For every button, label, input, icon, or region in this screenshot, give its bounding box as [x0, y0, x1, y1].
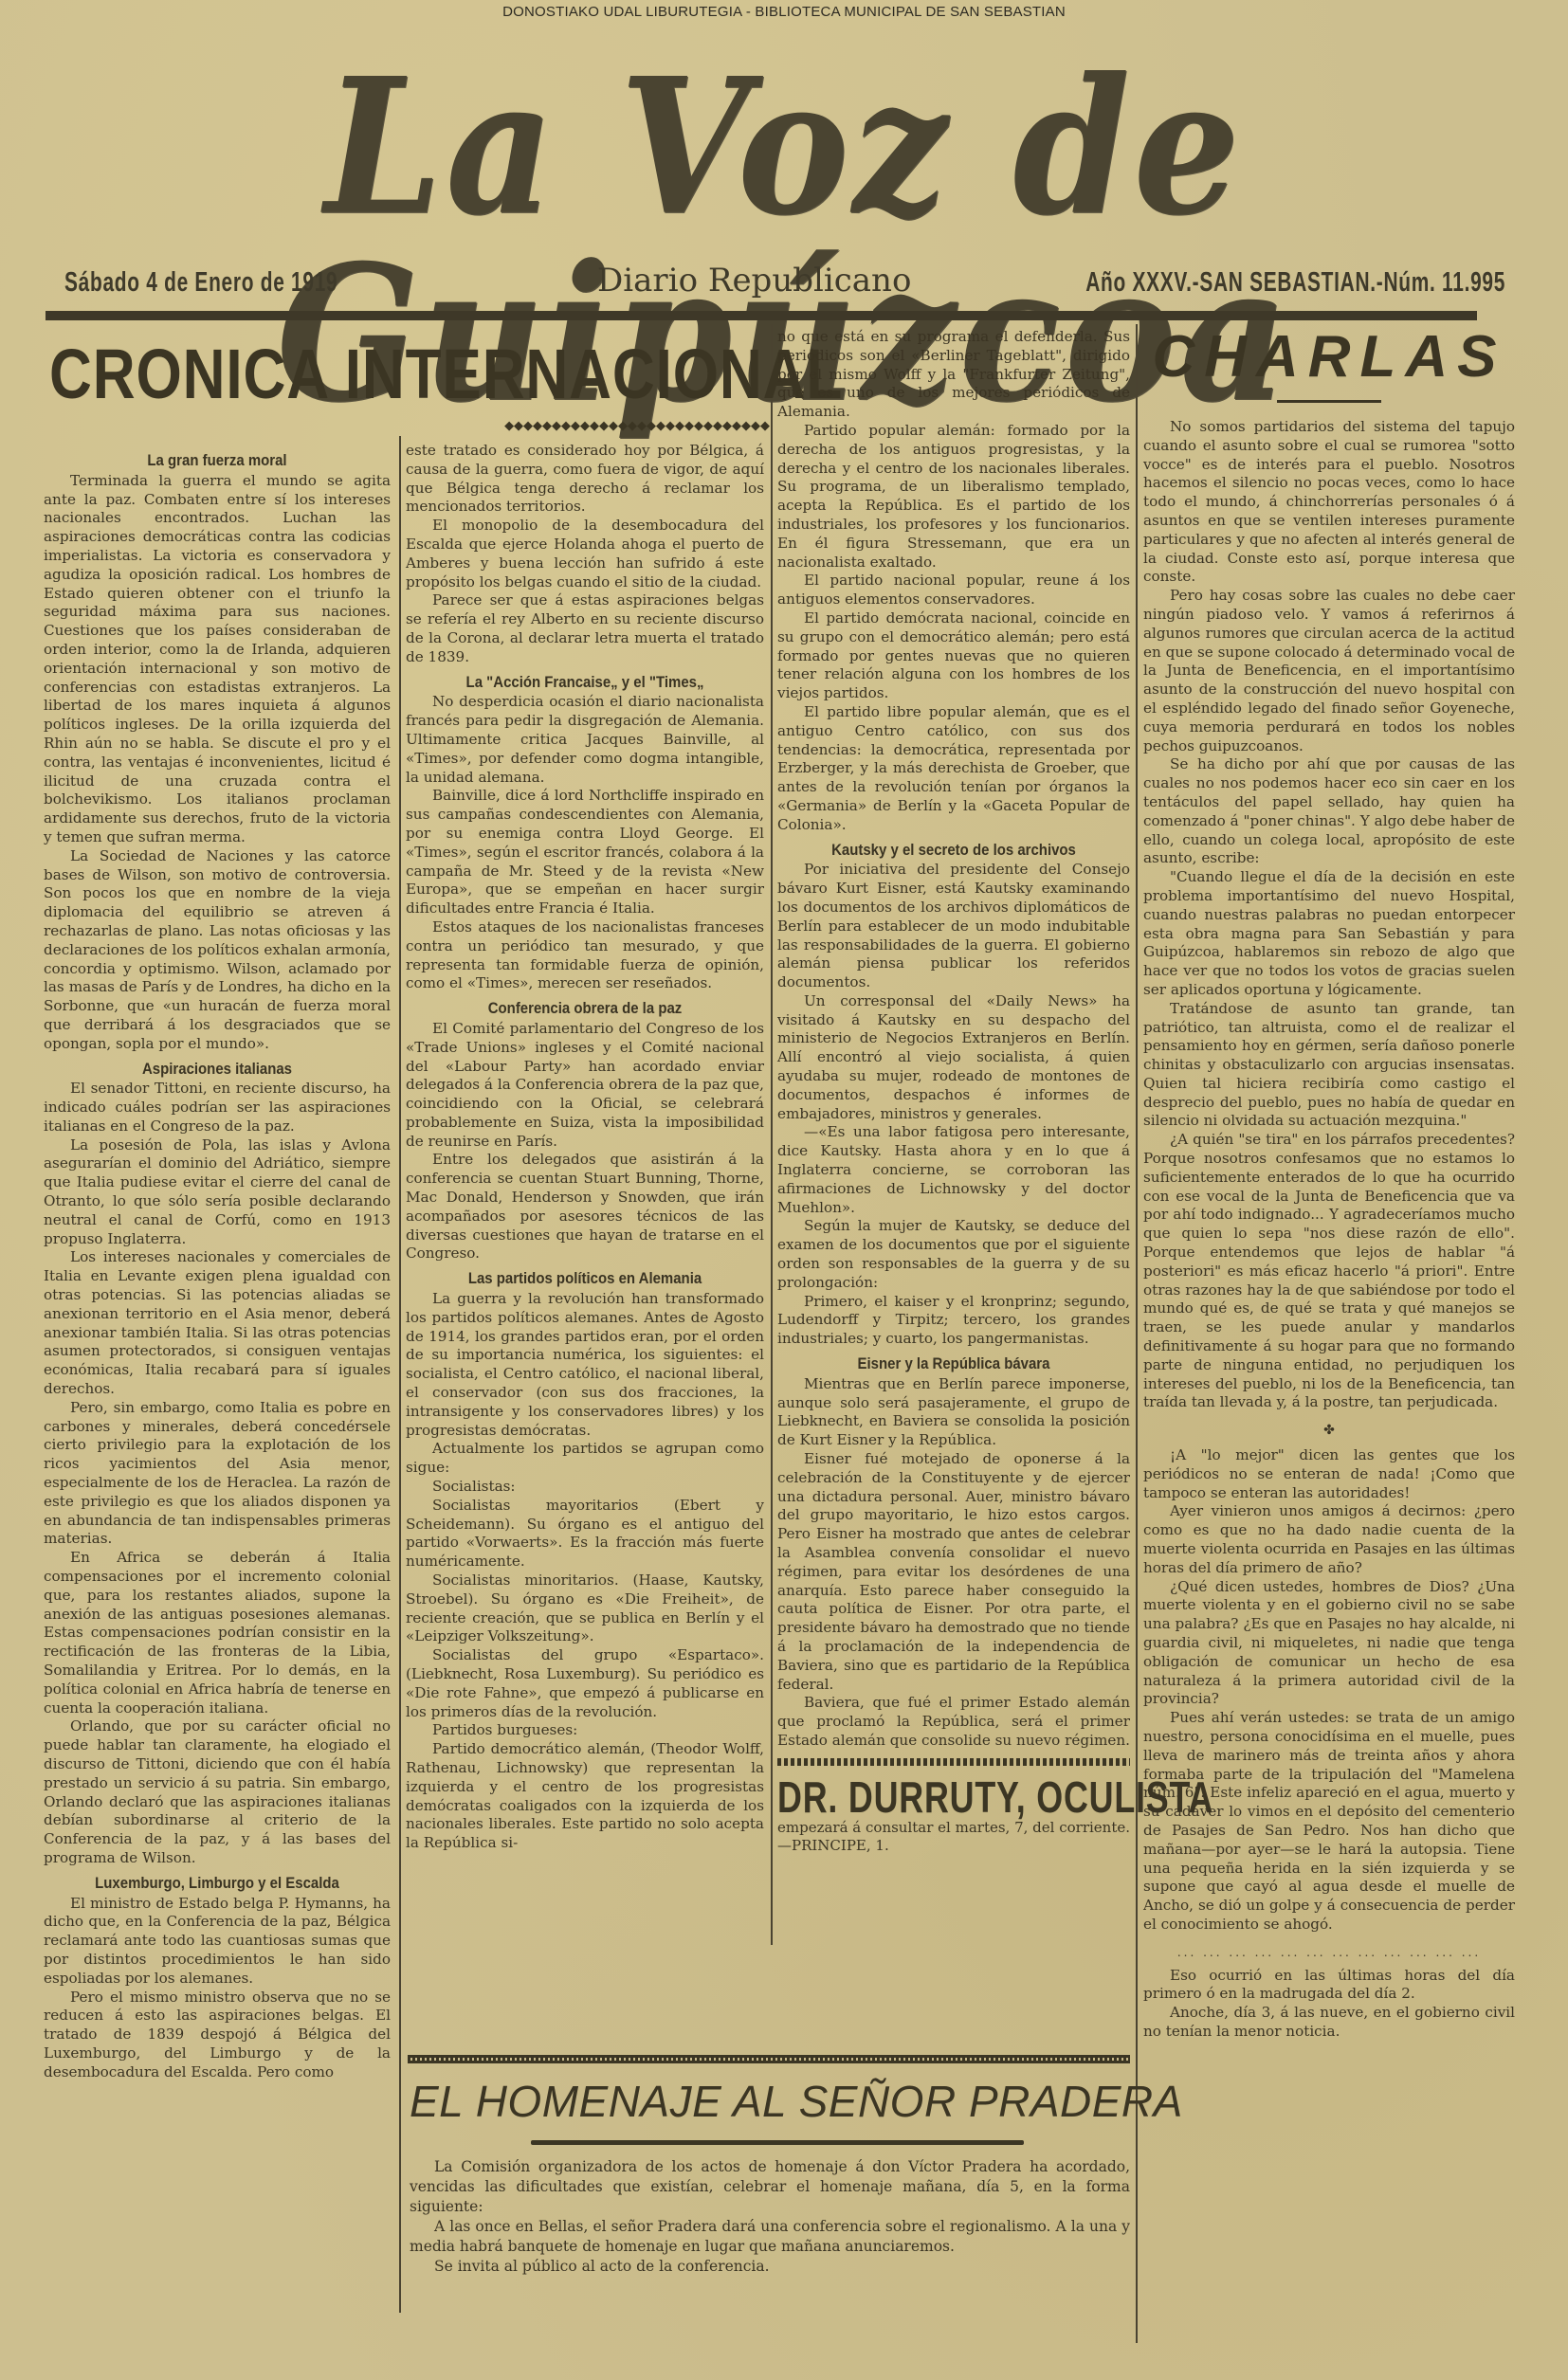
article-section: Conferencia obrera de la paz El Comité p…	[406, 999, 764, 1263]
archive-label: DONOSTIAKO UDAL LIBURUTEGIA - BIBLIOTECA…	[0, 4, 1568, 20]
paragraph: Por iniciativa del presidente del Consej…	[777, 861, 1130, 992]
paragraph: Partido democrático alemán, (Theodor Wol…	[406, 1740, 764, 1853]
section-heading: Las partidos políticos en Alemania	[428, 1269, 743, 1288]
article-section: este tratado es considerado hoy por Bélg…	[406, 442, 764, 667]
paragraph: Un corresponsal del «Daily News» ha visi…	[777, 992, 1130, 1124]
ornament-divider: ◆◆◆◆◆◆◆◆◆◆◆◆◆◆◆◆◆◆◆◆◆◆◆◆◆◆◆◆	[49, 419, 770, 433]
paragraph: ¡A "lo mejor" dicen las gentes que los p…	[1143, 1446, 1515, 1502]
paragraph: Socialistas minoritarios. (Haase, Kautsk…	[406, 1572, 764, 1646]
paragraph: El partido demócrata nacional, coincide …	[777, 609, 1130, 703]
paragraph: Partido popular alemán: formado por la d…	[777, 422, 1130, 572]
ad-title: DR. DURRUTY, OCULISTA	[777, 1775, 1052, 1819]
paragraph: Pues ahí verán ustedes: se trata de un a…	[1143, 1709, 1515, 1935]
paragraph: No somos partidarios del sistema del tap…	[1143, 418, 1515, 587]
cronica-title: CRONICA INTERNACIONAL	[49, 339, 654, 409]
paragraph: Anoche, día 3, á las nueve, en el gobier…	[1143, 2004, 1515, 2042]
paragraph: Estos ataques de los nacionalistas franc…	[406, 918, 764, 993]
paragraph: Partidos burgueses:	[406, 1721, 764, 1740]
section-heading: Aspiraciones italianas	[64, 1060, 370, 1079]
paragraph: Mientras que en Berlín parece imponerse,…	[777, 1375, 1130, 1450]
article-section: Luxemburgo, Limburgo y el Escalda El min…	[44, 1874, 391, 2082]
paragraph: Socialistas:	[406, 1478, 764, 1497]
paragraph: Ayer vinieron unos amigos á decirnos: ¿p…	[1143, 1502, 1515, 1577]
advertisement: DR. DURRUTY, OCULISTA empezará á consult…	[777, 1775, 1130, 1855]
section-heading: Eisner y la República bávara	[798, 1354, 1108, 1373]
paragraph: Actualmente los partidos se agrupan como…	[406, 1440, 764, 1478]
title-underline	[531, 2140, 1024, 2145]
paragraph: Pero el mismo ministro observa que no se…	[44, 1989, 391, 2082]
wavy-divider	[777, 1758, 1130, 1766]
article-section: Eisner y la República bávara Mientras qu…	[777, 1354, 1130, 1751]
paragraph: Parece ser que á estas aspiraciones belg…	[406, 591, 764, 666]
section-heading: Conferencia obrera de la paz	[428, 999, 743, 1018]
title-underline	[1277, 400, 1381, 403]
paragraph: Bainville, dice á lord Northcliffe inspi…	[406, 787, 764, 918]
ornament-separator: ✤	[1143, 1422, 1515, 1441]
column-4-charlas: CHARLAS No somos partidarios del sistema…	[1143, 328, 1515, 2042]
paragraph: Se ha dicho por ahí que por causas de la…	[1143, 755, 1515, 868]
dotted-separator: ... ... ... ... ... ... ... ... ... ... …	[1143, 1944, 1515, 1963]
paragraph: ¿Qué dicen ustedes, hombres de Dios? ¿Un…	[1143, 1578, 1515, 1710]
paragraph: Pero, sin embargo, como Italia es pobre …	[44, 1399, 391, 1549]
paragraph: no que está en su programa el defenderla…	[777, 328, 1130, 422]
paragraph: La Comisión organizadora de los actos de…	[410, 2157, 1130, 2217]
paragraph: este tratado es considerado hoy por Bélg…	[406, 442, 764, 517]
cronica-header: CRONICA INTERNACIONAL ◆◆◆◆◆◆◆◆◆◆◆◆◆◆◆◆◆◆…	[49, 339, 770, 445]
article-section: Las partidos políticos en Alemania La gu…	[406, 1269, 764, 1853]
paragraph: Los intereses nacionales y comerciales d…	[44, 1248, 391, 1398]
paragraph: Eso ocurrió en las últimas horas del día…	[1143, 1967, 1515, 2005]
column-divider	[1136, 324, 1138, 2343]
paragraph: Pero hay cosas sobre las cuales no debe …	[1143, 587, 1515, 755]
paragraph: Primero, el kaiser y el kronprinz; segun…	[777, 1293, 1130, 1349]
paragraph: El ministro de Estado belga P. Hymanns, …	[44, 1895, 391, 1989]
paragraph: Se invita al público al acto de la confe…	[410, 2257, 1130, 2277]
paragraph: La Sociedad de Naciones y las catorce ba…	[44, 847, 391, 1054]
paragraph: Orlando, que por su carácter oficial no …	[44, 1717, 391, 1867]
paragraph: El partido nacional popular, reune á los…	[777, 572, 1130, 609]
column-2: este tratado es considerado hoy por Bélg…	[406, 442, 764, 1853]
homenaje-body: La Comisión organizadora de los actos de…	[410, 2157, 1130, 2277]
dateline: Sábado 4 de Enero de 1919 Diario Republi…	[64, 262, 1505, 300]
paragraph: Eisner fué motejado de oponerse á la cel…	[777, 1450, 1130, 1694]
paragraph: La guerra y la revolución han transforma…	[406, 1290, 764, 1440]
section-heading: La "Acción Francaise„ y el "Times„	[428, 673, 743, 692]
article-section: La gran fuerza moral Terminada la guerra…	[44, 451, 391, 1054]
paragraph: "Cuando llegue el día de la decisión en …	[1143, 868, 1515, 1000]
paragraph: El senador Tittoni, en reciente discurso…	[44, 1080, 391, 1135]
paragraph: Socialistas del grupo «Espartaco». (Lieb…	[406, 1646, 764, 1721]
paragraph: Socialistas mayoritarios (Ebert y Scheid…	[406, 1497, 764, 1572]
masthead-rule	[46, 311, 1477, 320]
paragraph: Entre los delegados que asistirán á la c…	[406, 1151, 764, 1263]
paragraph: Tratándose de asunto tan grande, tan pat…	[1143, 1000, 1515, 1132]
paragraph: Según la mujer de Kautsky, se deduce del…	[777, 1217, 1130, 1292]
section-heading: La gran fuerza moral	[64, 451, 370, 470]
paragraph: El partido libre popular alemán, que es …	[777, 703, 1130, 835]
charlas-title: CHARLAS	[1143, 328, 1515, 387]
paragraph: El Comité parlamentario del Congreso de …	[406, 1020, 764, 1152]
column-1: La gran fuerza moral Terminada la guerra…	[44, 445, 391, 2082]
article-section: Kautsky y el secreto de los archivos Por…	[777, 841, 1130, 1350]
paragraph: En Africa se deberán á Italia compensaci…	[44, 1549, 391, 1717]
column-3: no que está en su programa el defenderla…	[777, 328, 1130, 1855]
paragraph: Terminada la guerra el mundo se agita an…	[44, 472, 391, 847]
paragraph: ¿A quién "se tira" en los párrafos prece…	[1143, 1131, 1515, 1412]
article-section: La "Acción Francaise„ y el "Times„ No de…	[406, 673, 764, 994]
paragraph: Baviera, que fué el primer Estado alemán…	[777, 1694, 1130, 1750]
issue-date: Sábado 4 de Enero de 1919	[64, 267, 337, 299]
masthead-subtitle: Diario Republicano	[597, 262, 911, 300]
newspaper-page: DONOSTIAKO UDAL LIBURUTEGIA - BIBLIOTECA…	[0, 0, 1568, 2380]
section-heading: Kautsky y el secreto de los archivos	[798, 841, 1108, 860]
ad-body: empezará á consultar el martes, 7, del c…	[777, 1819, 1130, 1855]
section-heading: Luxemburgo, Limburgo y el Escalda	[64, 1874, 370, 1893]
article-section: Aspiraciones italianas El senador Titton…	[44, 1060, 391, 1868]
paragraph: No desperdicia ocasión el diario naciona…	[406, 693, 764, 787]
paragraph: El monopolio de la desembocadura del Esc…	[406, 517, 764, 591]
issue-number: Año XXXV.-SAN SEBASTIAN.-Núm. 11.995	[1085, 267, 1505, 299]
column-divider	[399, 436, 401, 2313]
paragraph: —«Es una labor fatigosa pero interesante…	[777, 1123, 1130, 1217]
homenaje-title: EL HOMENAJE AL SEÑOR PRADERA	[410, 2076, 1183, 2127]
paragraph: A las once en Bellas, el señor Pradera d…	[410, 2217, 1130, 2257]
article-section: no que está en su programa el defenderla…	[777, 328, 1130, 835]
column-divider	[771, 324, 773, 1945]
paragraph: La posesión de Pola, las islas y Avlona …	[44, 1136, 391, 1249]
double-rule	[408, 2055, 1130, 2063]
